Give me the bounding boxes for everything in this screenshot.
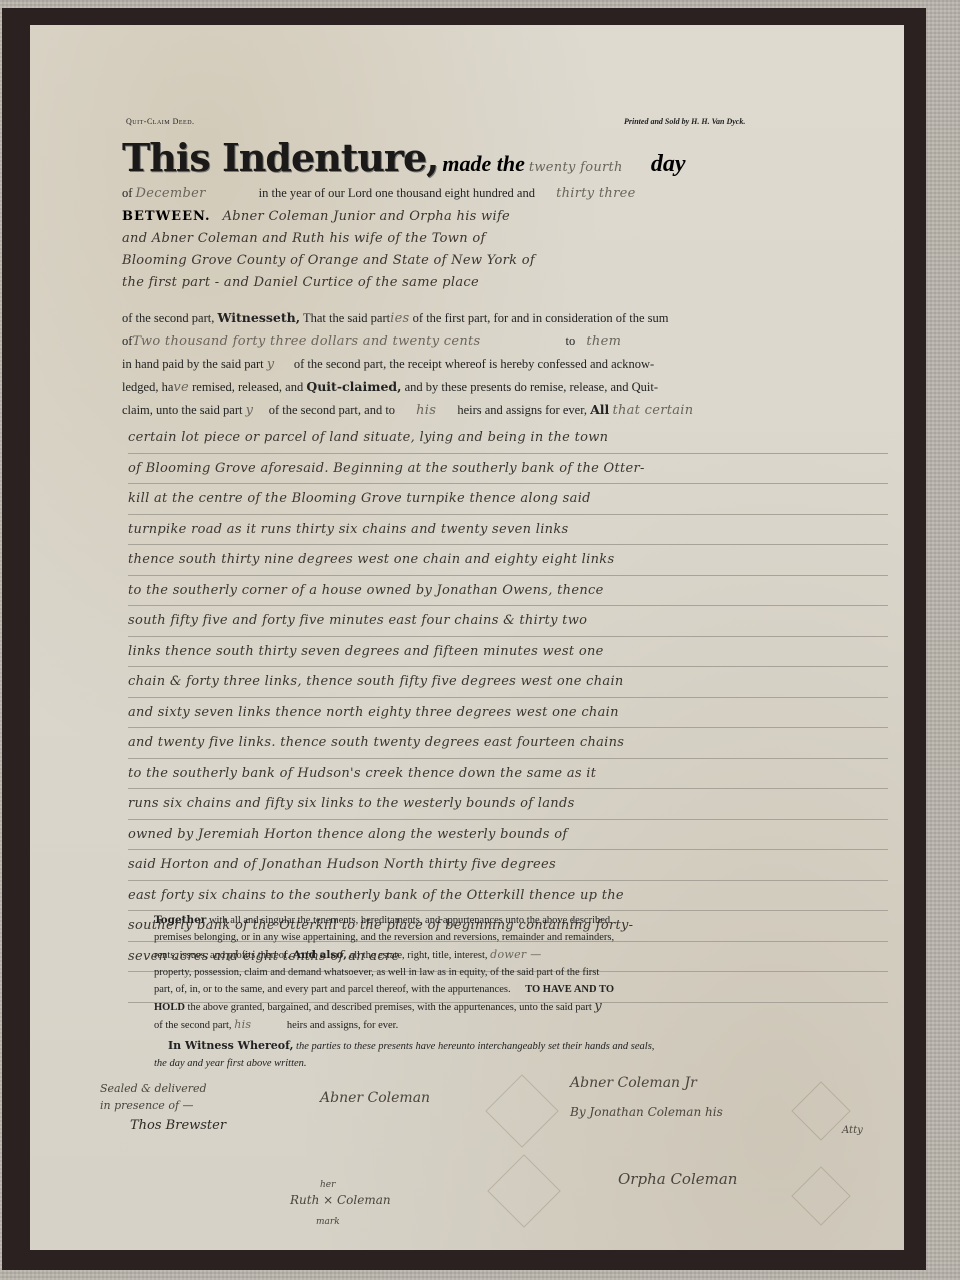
text: of the second part, [122, 311, 214, 325]
text: all the estate, right, title, interest, [350, 950, 488, 961]
text: of the second part, the receipt whereof … [294, 357, 654, 371]
signature-abner: Abner Coleman [320, 1090, 430, 1106]
text: with all and singular the tenements, her… [209, 915, 610, 926]
to-have-label: TO HAVE AND TO [525, 984, 614, 995]
day-field: twenty fourth [529, 160, 647, 175]
fill-field: y [246, 400, 266, 422]
form-name: Quit-Claim Deed. [126, 117, 195, 126]
description-line: and sixty seven links thence north eight… [128, 698, 888, 729]
parties-block: BETWEEN. Abner Coleman Junior and Orpha … [122, 205, 862, 294]
fill-field: y [594, 999, 602, 1014]
description-line: owned by Jeremiah Horton thence along th… [128, 820, 888, 851]
fill-field: his [398, 400, 454, 422]
description-line: certain lot piece or parcel of land situ… [128, 423, 888, 454]
text: in hand paid by the said part [122, 357, 264, 371]
printer-credit: Printed and Sold by H. H. Van Dyck. [624, 117, 745, 126]
party-line: Blooming Grove County of Orange and Stat… [122, 250, 862, 272]
text: of the first part, for and in considerat… [413, 311, 669, 325]
together-label: Together [154, 914, 206, 926]
fill-field: ies [390, 311, 409, 326]
fill-field: that certain [612, 403, 693, 418]
text: the day and year first above written. [154, 1058, 307, 1069]
date-line: of December in the year of our Lord one … [122, 182, 636, 205]
text: property, possession, claim and demand w… [154, 964, 874, 981]
description-line: thence south thirty nine degrees west on… [128, 545, 888, 576]
text: of the second part, [154, 1020, 232, 1031]
description-line: links thence south thirty seven degrees … [128, 637, 888, 668]
text: rents, issues, and profits thereof. [154, 950, 290, 961]
text: claim, unto the said part [122, 403, 242, 417]
witness-signature: Thos Brewster [130, 1118, 226, 1133]
party-line: Abner Coleman Junior and Orpha his wife [223, 209, 510, 224]
year-text: in the year of our Lord one thousand eig… [259, 186, 535, 200]
party-line: and Abner Coleman and Ruth his wife of t… [122, 228, 862, 250]
day-label: day [651, 151, 686, 177]
text: heirs and assigns for ever, [457, 403, 587, 417]
description-line: said Horton and of Jonathan Hudson North… [128, 850, 888, 881]
description-line: and twenty five links. thence south twen… [128, 728, 888, 759]
witness-clause: In Witness Whereof, the parties to these… [154, 1037, 874, 1072]
sealed-delivered-note: Sealed & delivered in presence of — [100, 1080, 207, 1114]
text: remised, released, and [192, 380, 303, 394]
signature-orpha: Orpha Coleman [618, 1170, 737, 1188]
title-line: This Indenture, made the twenty fourth d… [122, 135, 686, 180]
together-clause: Together with all and singular the tenem… [154, 912, 874, 1034]
description-line: to the southerly bank of Hudson's creek … [128, 759, 888, 790]
document-title: This Indenture, [122, 135, 438, 180]
signature-ruth: Ruth × Coleman [290, 1193, 391, 1207]
seal-fold [791, 1166, 850, 1225]
seal-fold [487, 1154, 561, 1228]
description-line: kill at the centre of the Blooming Grove… [128, 484, 888, 515]
between-label: BETWEEN. [122, 209, 211, 224]
signature-abner-jr: Abner Coleman Jr [570, 1075, 697, 1091]
text: to [566, 334, 576, 348]
text: That the said part [303, 311, 390, 325]
attorney-label: Atty [842, 1125, 863, 1136]
fill-field: dower — [490, 948, 541, 961]
seal-fold [485, 1074, 559, 1148]
text: part, of, in, or to the same, and every … [154, 984, 511, 995]
text: of the second part, and to [269, 403, 395, 417]
deed-document: Quit-Claim Deed. Printed and Sold by H. … [30, 25, 904, 1250]
text: premises belonging, or in any wise apper… [154, 929, 874, 946]
made-the-label: made the [442, 151, 525, 176]
text: ledged, ha [122, 380, 173, 394]
fill-field: y [267, 354, 291, 376]
presence-line: in presence of — [100, 1097, 207, 1114]
witnesseth-label: Witnesseth, [217, 310, 300, 325]
description-line: to the southerly corner of a house owned… [128, 576, 888, 607]
description-line: turnpike road as it runs thirty six chai… [128, 515, 888, 546]
quit-claimed-label: Quit-claimed, [306, 379, 401, 394]
text: of [122, 334, 132, 348]
year-field: thirty three [556, 186, 635, 201]
sum-field: Two thousand forty three dollars and twe… [132, 331, 562, 353]
description-line: chain & forty three links, thence south … [128, 667, 888, 698]
fill-field: his [234, 1016, 284, 1033]
party-line: the first part - and Daniel Curtice of t… [122, 272, 862, 294]
text: heirs and assigns, for ever. [287, 1020, 398, 1031]
signature-by-attorney: By Jonathan Coleman his [570, 1105, 723, 1119]
her-label: her [320, 1180, 335, 1190]
fill-field: ve [173, 380, 189, 395]
consideration-block: of the second part, Witnesseth, That the… [122, 307, 862, 422]
description-line: south fifty five and forty five minutes … [128, 606, 888, 637]
and-also-label: And also, [293, 949, 347, 961]
sealed-line: Sealed & delivered [100, 1080, 207, 1097]
description-line: runs six chains and fifty six links to t… [128, 789, 888, 820]
to-whom-field: them [586, 334, 621, 349]
of-label: of [122, 186, 132, 200]
text: and by these presents do remise, release… [405, 380, 658, 394]
all-label: All [590, 402, 609, 417]
in-witness-label: In Witness Whereof, [168, 1039, 293, 1052]
description-line: of Blooming Grove aforesaid. Beginning a… [128, 454, 888, 485]
text: the parties to these presents have hereu… [296, 1041, 654, 1052]
description-line: east forty six chains to the southerly b… [128, 881, 888, 912]
hold-label: HOLD [154, 1002, 185, 1013]
mark-label: mark [316, 1217, 340, 1227]
text: the above granted, bargained, and descri… [188, 1002, 592, 1013]
month-field: December [136, 183, 256, 205]
